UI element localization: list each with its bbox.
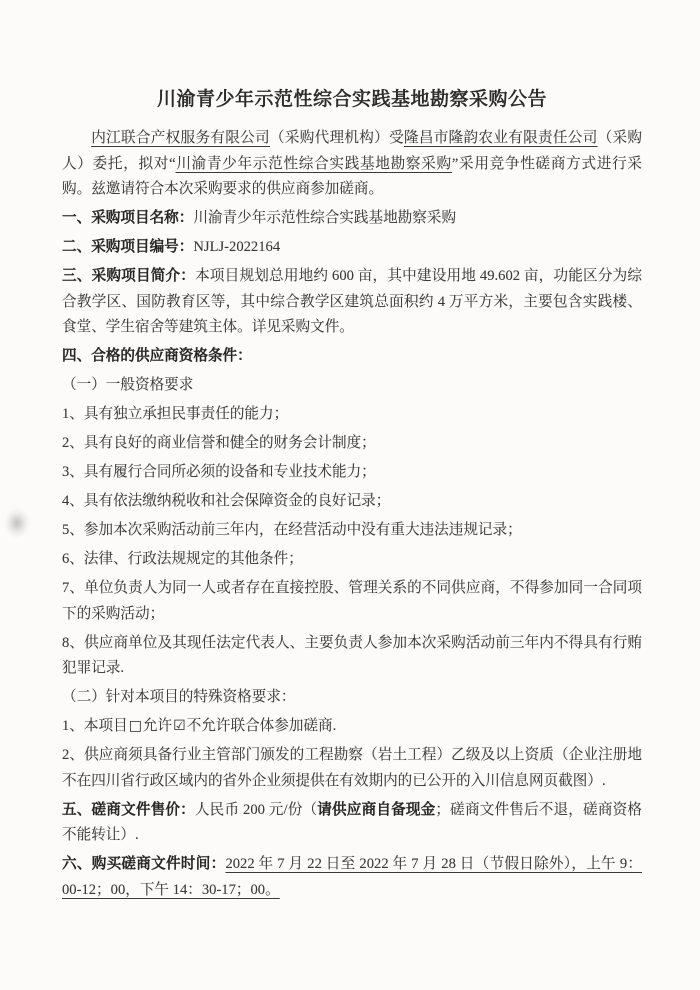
section-project-brief: 三、采购项目简介：本项目规划总用地约 600 亩，其中建设用地 49.602 亩… xyxy=(62,264,642,341)
section5-value-before: 人民币 200 元/份（ xyxy=(195,802,317,818)
special-qualification-item: 2、供应商须具备行业主管部门颁发的工程勘察（岩土工程）乙级及以上资质（企业注册地… xyxy=(62,743,642,794)
checkbox-checked-icon: ☑ xyxy=(172,718,187,734)
procurement-agency-name: 内江联合产权服务有限公司 xyxy=(91,130,270,146)
section-document-price: 五、磋商文件售价：人民币 200 元/份（请供应商自备现金；磋商文件售后不退，磋… xyxy=(62,798,642,849)
section6-label: 六、购买磋商文件时间： xyxy=(62,856,225,872)
checkbox-unchecked-icon: □ xyxy=(128,718,143,734)
consortium-rule-item: 1、本项目□允许☑不允许联合体参加磋商. xyxy=(62,714,642,740)
qualification-item: 6、法律、行政法规规定的其他条件； xyxy=(62,547,642,573)
section3-label: 三、采购项目简介： xyxy=(62,268,195,284)
qualification-item: 4、具有依法缴纳税收和社会保障资金的良好记录； xyxy=(62,489,642,515)
qualification-item: 2、具有良好的商业信誉和健全的财务会计制度； xyxy=(62,431,642,457)
agency-role-text: （采购代理机构）受 xyxy=(270,130,404,146)
qualification-item: 8、供应商单位及其现任法定代表人、主要负责人参加本次采购活动前三年内不得具有行贿… xyxy=(62,631,642,682)
section2-label: 二、采购项目编号： xyxy=(62,239,193,255)
section5-bold-note: 请供应商自备现金 xyxy=(317,802,435,818)
section-qualification-heading: 四、合格的供应商资格条件： xyxy=(62,344,642,370)
project-name: 川渝青少年示范性综合实践基地勘察采购 xyxy=(176,156,452,172)
qualification-item: 5、参加本次采购活动前三年内，在经营活动中没有重大违法违规记录； xyxy=(62,518,642,544)
qualification-item: 7、单位负责人为同一人或者存在直接控股、管理关系的不同供应商，不得参加同一合同项… xyxy=(62,576,642,627)
qualification-item: 3、具有履行合同所必须的设备和专业技术能力； xyxy=(62,460,642,486)
section-project-number: 二、采购项目编号：NJLJ-2022164 xyxy=(62,235,642,261)
section-project-name: 一、采购项目名称：川渝青少年示范性综合实践基地勘察采购 xyxy=(62,206,642,232)
section1-label: 一、采购项目名称： xyxy=(62,210,193,226)
section1-value: 川渝青少年示范性综合实践基地勘察采购 xyxy=(193,210,456,226)
section2-value: NJLJ-2022164 xyxy=(193,239,280,255)
allow-label: 允许 xyxy=(143,718,172,734)
special-qualification-header: （二）针对本项目的特殊资格要求： xyxy=(62,685,642,711)
section4-label: 四、合格的供应商资格条件： xyxy=(62,348,252,364)
intro-paragraph: 内江联合产权服务有限公司（采购代理机构）受隆昌市隆韵农业有限责任公司（采购人）委… xyxy=(62,126,642,203)
disallow-label: 不允许联合体参加磋商. xyxy=(187,718,337,734)
section5-label: 五、磋商文件售价： xyxy=(62,802,195,818)
consortium-prefix-text: 1、本项目 xyxy=(62,718,128,734)
document-page: 川渝青少年示范性综合实践基地勘察采购公告 内江联合产权服务有限公司（采购代理机构… xyxy=(0,0,700,990)
general-qualification-header: （一）一般资格要求 xyxy=(62,373,642,399)
section-purchase-time: 六、购买磋商文件时间：2022 年 7 月 22 日至 2022 年 7 月 2… xyxy=(62,852,642,903)
qualification-item: 1、具有独立承担民事责任的能力； xyxy=(62,402,642,428)
purchaser-name: 隆昌市隆韵农业有限责任公司 xyxy=(404,130,598,146)
scan-smudge xyxy=(4,508,30,538)
page-title: 川渝青少年示范性综合实践基地勘察采购公告 xyxy=(62,84,642,111)
